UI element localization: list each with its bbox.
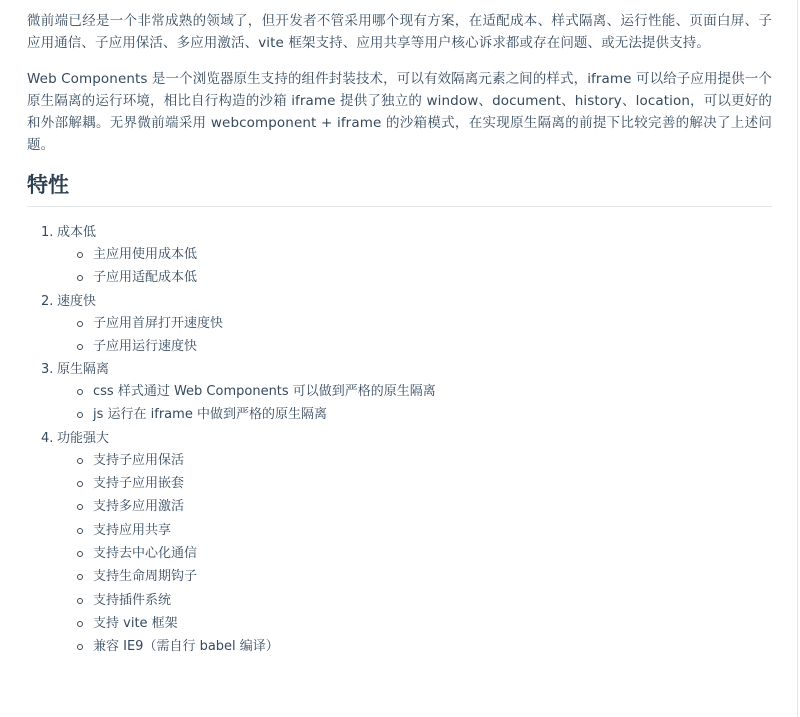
feature-sublist: 子应用首屏打开速度快 子应用运行速度快 [41,314,772,357]
hollow-circle-bullet-icon [77,252,83,258]
hollow-circle-bullet-icon [77,321,83,327]
intro-paragraph-2: Web Components 是一个浏览器原生支持的组件封装技术，可以有效隔离元… [27,68,772,156]
hollow-circle-bullet-icon [77,644,83,650]
hollow-circle-bullet-icon [77,389,83,395]
intro-paragraph-1: 微前端已经是一个非常成熟的领域了，但开发者不管采用哪个现有方案，在适配成本、样式… [27,10,772,54]
hollow-circle-bullet-icon [77,574,83,580]
list-item: 兼容 IE9（需自行 babel 编译） [67,637,772,657]
hollow-circle-bullet-icon [77,344,83,350]
hollow-circle-bullet-icon [77,551,83,557]
list-number: 2. [41,292,57,312]
list-number: 4. [41,429,57,449]
feature-item-fast: 2.速度快 子应用首屏打开速度快 子应用运行速度快 [41,292,772,357]
document-page: 微前端已经是一个非常成熟的领域了，但开发者不管采用哪个现有方案，在适配成本、样式… [0,0,798,717]
list-item: 支持子应用保活 [67,451,772,471]
article-content: 微前端已经是一个非常成熟的领域了，但开发者不管采用哪个现有方案，在适配成本、样式… [27,10,772,660]
feature-sublist: 支持子应用保活 支持子应用嵌套 支持多应用激活 支持应用共享 支持去中心化通信 … [41,451,772,657]
list-item: js 运行在 iframe 中做到严格的原生隔离 [67,405,772,425]
feature-item-powerful: 4.功能强大 支持子应用保活 支持子应用嵌套 支持多应用激活 支持应用共享 支持… [41,429,772,657]
list-item: 支持插件系统 [67,591,772,611]
feature-sublist: css 样式通过 Web Components 可以做到严格的原生隔离 js 运… [41,382,772,425]
hollow-circle-bullet-icon [77,412,83,418]
feature-label: 原生隔离 [57,362,109,377]
feature-label: 成本低 [57,225,96,240]
list-number: 1. [41,223,57,243]
hollow-circle-bullet-icon [77,621,83,627]
list-item: 支持子应用嵌套 [67,474,772,494]
feature-label: 功能强大 [57,431,109,446]
feature-item-native-isolation: 3.原生隔离 css 样式通过 Web Components 可以做到严格的原生… [41,360,772,425]
hollow-circle-bullet-icon [77,481,83,487]
section-heading-features: 特性 [27,170,772,207]
hollow-circle-bullet-icon [77,598,83,604]
list-item: 支持生命周期钩子 [67,567,772,587]
list-item: 子应用运行速度快 [67,337,772,357]
list-item: 支持 vite 框架 [67,614,772,634]
list-item: 子应用适配成本低 [67,268,772,288]
list-item: 子应用首屏打开速度快 [67,314,772,334]
list-item: 支持应用共享 [67,521,772,541]
list-item: 主应用使用成本低 [67,245,772,265]
feature-label: 速度快 [57,294,96,309]
feature-sublist: 主应用使用成本低 子应用适配成本低 [41,245,772,288]
features-list: 1.成本低 主应用使用成本低 子应用适配成本低 2.速度快 子应用首屏打开速度快… [27,223,772,657]
hollow-circle-bullet-icon [77,458,83,464]
feature-item-low-cost: 1.成本低 主应用使用成本低 子应用适配成本低 [41,223,772,288]
list-item: 支持多应用激活 [67,497,772,517]
hollow-circle-bullet-icon [77,275,83,281]
list-number: 3. [41,360,57,380]
hollow-circle-bullet-icon [77,528,83,534]
list-item: 支持去中心化通信 [67,544,772,564]
list-item: css 样式通过 Web Components 可以做到严格的原生隔离 [67,382,772,402]
hollow-circle-bullet-icon [77,504,83,510]
